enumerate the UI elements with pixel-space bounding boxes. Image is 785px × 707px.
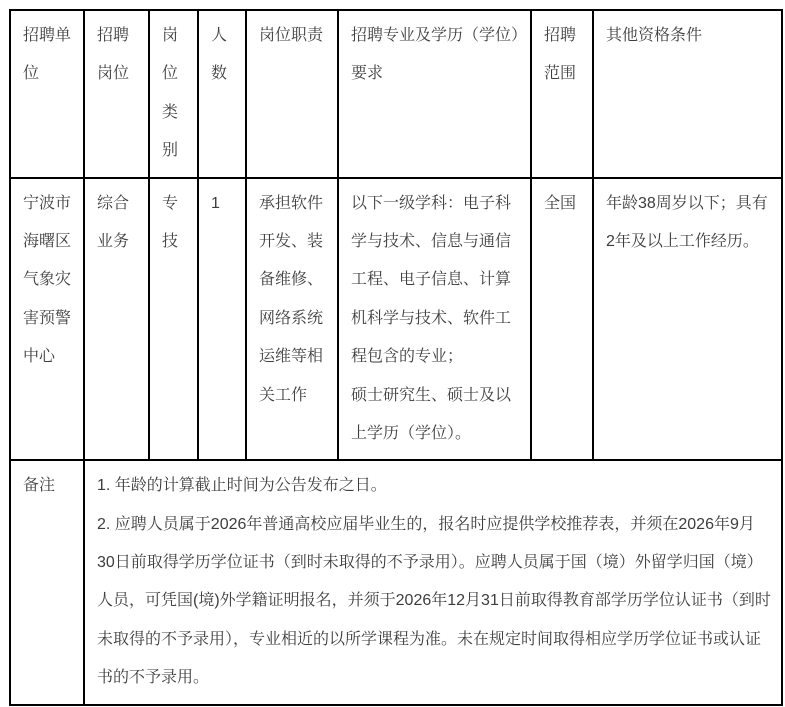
table-remark-row: 备注 1. 年龄的计算截止时间为公告发布之日。 2. 应聘人员属于2026年普通… [10, 460, 782, 704]
table-header-row: 招聘单位 招聘岗位 岗位类别 人数 岗位职责 招聘专业及学历（学位）要求 招聘范… [10, 10, 782, 178]
cell-position: 综合业务 [84, 178, 149, 461]
cell-unit: 宁波市海曙区气象灾害预警中心 [10, 178, 84, 461]
cell-duties: 承担软件开发、装备维修、网络系统运维等相关工作 [246, 178, 338, 461]
remark-content-cell: 1. 年龄的计算截止时间为公告发布之日。 2. 应聘人员属于2026年普通高校应… [84, 460, 782, 704]
recruitment-table: 招聘单位 招聘岗位 岗位类别 人数 岗位职责 招聘专业及学历（学位）要求 招聘范… [9, 9, 783, 706]
cell-other: 年龄38周岁以下；具有2年及以上工作经历。 [593, 178, 782, 461]
cell-category: 专技 [149, 178, 198, 461]
header-cell-position: 招聘岗位 [84, 10, 149, 178]
cell-major: 以下一级学科：电子科学与技术、信息与通信工程、电子信息、计算机科学与技术、软件工… [338, 178, 531, 461]
header-cell-category: 岗位类别 [149, 10, 198, 178]
major-requirement-subjects: 以下一级学科：电子科学与技术、信息与通信工程、电子信息、计算机科学与技术、软件工… [351, 185, 520, 377]
recruitment-document: 招聘单位 招聘岗位 岗位类别 人数 岗位职责 招聘专业及学历（学位）要求 招聘范… [0, 0, 785, 707]
header-cell-headcount: 人数 [198, 10, 246, 178]
table-data-row: 宁波市海曙区气象灾害预警中心 综合业务 专技 1 承担软件开发、装备维修、网络系… [10, 178, 782, 461]
cell-scope: 全国 [531, 178, 593, 461]
header-cell-major: 招聘专业及学历（学位）要求 [338, 10, 531, 178]
remark-item-2: 2. 应聘人员属于2026年普通高校应届毕业生的，报名时应提供学校推荐表，并须在… [97, 506, 771, 698]
header-cell-other: 其他资格条件 [593, 10, 782, 178]
remark-item-1: 1. 年龄的计算截止时间为公告发布之日。 [97, 467, 771, 505]
header-cell-unit: 招聘单位 [10, 10, 84, 178]
remark-label-cell: 备注 [10, 460, 84, 704]
cell-headcount: 1 [198, 178, 246, 461]
major-requirement-degree: 硕士研究生、硕士及以上学历（学位）。 [351, 377, 520, 454]
header-cell-scope: 招聘范围 [531, 10, 593, 178]
header-cell-duties: 岗位职责 [246, 10, 338, 178]
